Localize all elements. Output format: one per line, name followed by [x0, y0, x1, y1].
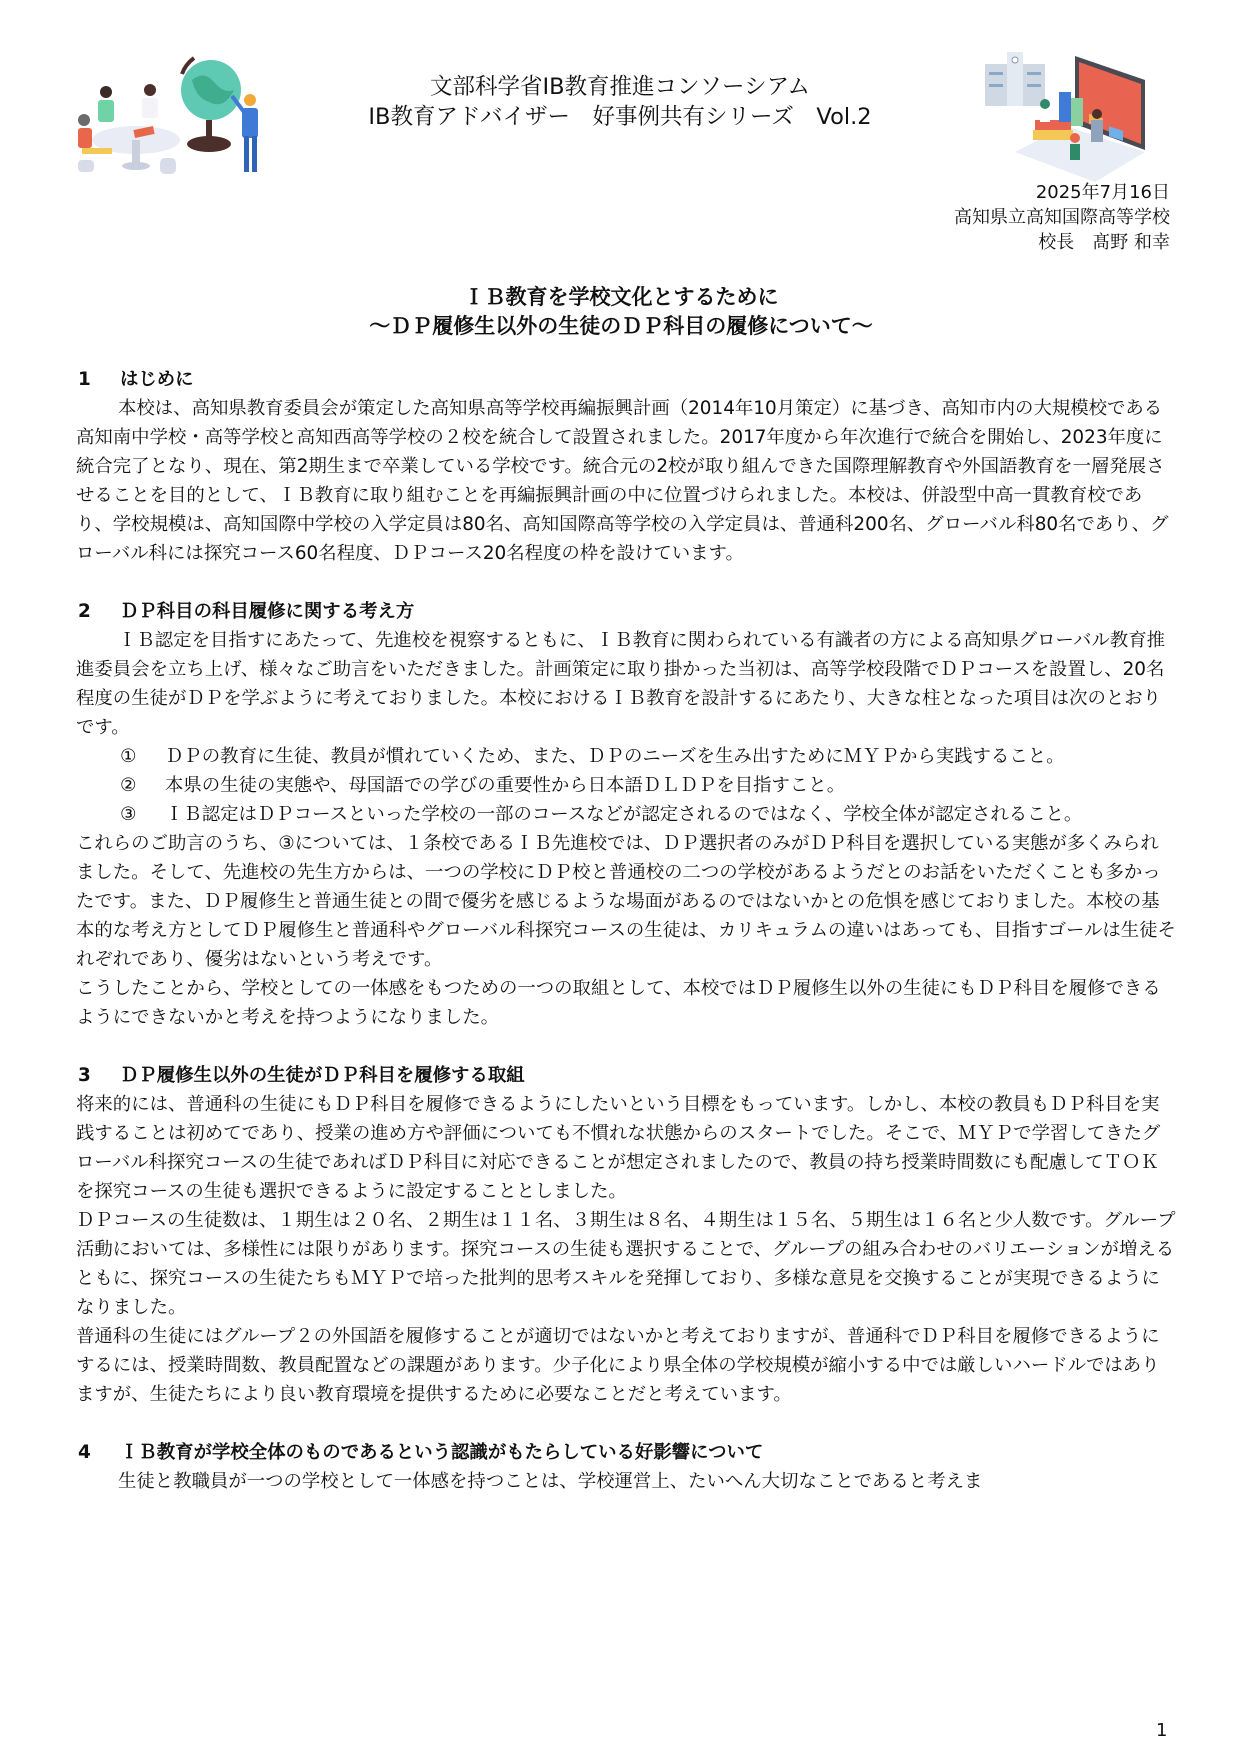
list-item-text: ＤＰの教育に生徒、教員が慣れていくため、また、ＤＰのニーズを生み出すためにＭＹＰ…	[165, 746, 1065, 767]
section-heading: 1はじめに	[76, 365, 1176, 394]
school-name: 高知県立高知国際高等学校	[954, 205, 1170, 230]
section-title: ＤＰ科目の科目履修に関する考え方	[120, 601, 414, 622]
list-marker: ①	[120, 742, 137, 771]
document-title-line2: ～ＤＰ履修生以外の生徒のＤＰ科目の履修について～	[0, 312, 1242, 341]
document-title-line1: ＩＢ教育を学校文化とするために	[0, 283, 1242, 312]
section-number: 1	[76, 365, 120, 394]
list-item-text: ＩＢ認定はＤＰコースといった学校の一部のコースなどが認定されるのではなく、学校全…	[165, 804, 1082, 825]
page-number: 1	[1156, 1720, 1167, 1741]
paragraph: ＤＰコースの生徒数は、１期生は２０名、２期生は１１名、３期生は８名、４期生は１５…	[76, 1206, 1176, 1322]
list-item: ①ＤＰの教育に生徒、教員が慣れていくため、また、ＤＰのニーズを生み出すためにＭＹ…	[76, 742, 1176, 771]
section-heading: 3ＤＰ履修生以外の生徒がＤＰ科目を履修する取組	[76, 1061, 1176, 1090]
section-heading: 2ＤＰ科目の科目履修に関する考え方	[76, 597, 1176, 626]
paragraph: 生徒と教職員が一つの学校として一体感を持つことは、学校運営上、たいへん大切なこと…	[76, 1467, 1176, 1496]
section-title: ＩＢ教育が学校全体のものであるという認識がもたらしている好影響について	[120, 1442, 763, 1463]
document-body: 1はじめに 本校は、高知県教育委員会が策定した高知県高等学校再編振興計画（201…	[76, 365, 1176, 1496]
school-laptop-illustration	[985, 42, 1165, 182]
document-meta: 2025年7月16日 高知県立高知国際高等学校 校長 髙野 和幸	[954, 180, 1170, 255]
paragraph: こうしたことから、学校としての一体感をもつための一つの取組として、本校ではＤＰ履…	[76, 974, 1176, 1032]
paragraph: ＩＢ認定を目指すにあたって、先進校を視察するともに、ＩＢ教育に関わられている有識…	[76, 626, 1176, 742]
author: 校長 髙野 和幸	[954, 230, 1170, 255]
section-number: 3	[76, 1061, 120, 1090]
list-item: ②本県の生徒の実態や、母国語での学びの重要性から日本語ＤＬＤＰを目指すこと。	[76, 771, 1176, 800]
numbered-list: ①ＤＰの教育に生徒、教員が慣れていくため、また、ＤＰのニーズを生み出すためにＭＹ…	[76, 742, 1176, 829]
list-item: ③ＩＢ認定はＤＰコースといった学校の一部のコースなどが認定されるのではなく、学校…	[76, 800, 1176, 829]
paragraph: これらのご助言のうち、③については、１条校であるＩＢ先進校では、ＤＰ選択者のみが…	[76, 829, 1176, 974]
list-marker: ③	[120, 800, 137, 829]
document-date: 2025年7月16日	[954, 180, 1170, 205]
series-title-line1: 文部科学省IB教育推進コンソーシアム	[300, 72, 940, 102]
students-globe-illustration	[74, 40, 274, 180]
document-page: 文部科学省IB教育推進コンソーシアム IB教育アドバイザー 好事例共有シリーズ …	[0, 0, 1242, 1756]
series-title: 文部科学省IB教育推進コンソーシアム IB教育アドバイザー 好事例共有シリーズ …	[300, 72, 940, 132]
list-marker: ②	[120, 771, 137, 800]
list-item-text: 本県の生徒の実態や、母国語での学びの重要性から日本語ＤＬＤＰを目指すこと。	[165, 775, 845, 796]
paragraph: 普通科の生徒にはグループ２の外国語を履修することが適切ではないかと考えております…	[76, 1322, 1176, 1409]
section-number: 2	[76, 597, 120, 626]
paragraph: 本校は、高知県教育委員会が策定した高知県高等学校再編振興計画（2014年10月策…	[76, 394, 1176, 568]
series-title-line2: IB教育アドバイザー 好事例共有シリーズ Vol.2	[300, 102, 940, 132]
section-title: ＤＰ履修生以外の生徒がＤＰ科目を履修する取組	[120, 1065, 525, 1086]
section-number: 4	[76, 1438, 120, 1467]
paragraph: 将来的には、普通科の生徒にもＤＰ科目を履修できるようにしたいという目標をもってい…	[76, 1090, 1176, 1206]
section-title: はじめに	[120, 369, 194, 390]
section-heading: 4ＩＢ教育が学校全体のものであるという認識がもたらしている好影響について	[76, 1438, 1176, 1467]
document-title: ＩＢ教育を学校文化とするために ～ＤＰ履修生以外の生徒のＤＰ科目の履修について～	[0, 283, 1242, 341]
